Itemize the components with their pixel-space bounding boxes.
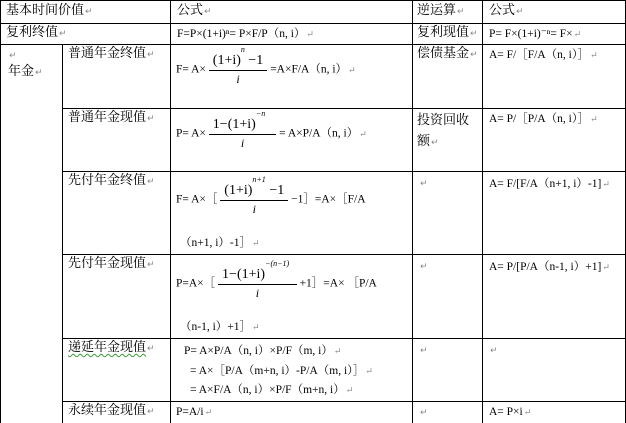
inverse-label-capital-recovery: 投资回收额↵ bbox=[417, 110, 479, 154]
paragraph-mark-icon: ↵ bbox=[205, 407, 213, 417]
fraction: (1+i)n −1 i bbox=[209, 54, 268, 86]
row-label-ordinary-pv: 普通年金现值↵ bbox=[68, 110, 155, 127]
formula-text: A= P×i bbox=[489, 406, 523, 418]
row-label-annuity-due-fv: 先付年金终值↵ bbox=[68, 173, 155, 190]
formula-ordinary-pv: P= A× 1−(1+i)−n i = A×P/A（n, i）↵ bbox=[176, 118, 367, 150]
formula-annuity-due-fv: F= A×［ (1+i)n+1 −1 i −1］=A×［F/A bbox=[176, 184, 366, 216]
formula-annuity-due-fv-line2: （n+1, i）-1］↵ bbox=[180, 236, 260, 250]
formula-text: P= A×P/A（n, i）×P/F（m, i） bbox=[184, 345, 333, 357]
formula-text: A= F/[F/A（n+1, i）-1] bbox=[489, 178, 601, 190]
denominator: i bbox=[220, 202, 288, 216]
header-basic-value: 基本时间价值↵ bbox=[6, 3, 93, 20]
grid-line bbox=[62, 401, 626, 402]
formula-text: = A×P/A（n, i） bbox=[279, 128, 358, 140]
paragraph-mark-icon: ↵ bbox=[524, 407, 532, 417]
compound-inverse-label: 复利现值↵ bbox=[417, 25, 478, 42]
inverse-label-empty: ↵ bbox=[419, 258, 428, 275]
paragraph-mark-icon: ↵ bbox=[420, 346, 428, 356]
formula-annuity-due-pv-line2: （n-1, i）+1］↵ bbox=[180, 320, 260, 334]
grid-line bbox=[0, 44, 626, 45]
paragraph-mark-icon: ↵ bbox=[602, 179, 610, 189]
paragraph-mark-icon: ↵ bbox=[590, 114, 598, 124]
grid-line bbox=[62, 44, 63, 423]
grid-line bbox=[62, 171, 626, 172]
paragraph-mark-icon: ↵ bbox=[9, 48, 43, 64]
grid-line bbox=[170, 0, 171, 423]
paragraph-mark-icon: ↵ bbox=[147, 50, 155, 60]
compound-label: 复利终值↵ bbox=[6, 25, 67, 42]
formula-text: P=A/i bbox=[176, 406, 204, 418]
formula-text: +1］=A× ［P/A bbox=[300, 278, 377, 290]
annuity-group-label: ↵ 年金↵ bbox=[8, 48, 43, 81]
formula-text: = A×F/A（n, i）×P/F（m+n, i） bbox=[190, 384, 345, 396]
cell-text: 先付年金终值 bbox=[68, 173, 146, 188]
header-inverse: 逆运算↵ bbox=[417, 3, 465, 20]
paragraph-mark-icon: ↵ bbox=[35, 68, 43, 78]
formula-text: −1］=A×［F/A bbox=[291, 194, 365, 206]
cell-text: 年金 bbox=[8, 64, 34, 79]
formula-text: A= P/［P/A（n, i）］ bbox=[489, 113, 589, 125]
paragraph-mark-icon: ↵ bbox=[59, 29, 67, 39]
formula-text: F= A× bbox=[176, 64, 206, 76]
paragraph-mark-icon: ↵ bbox=[602, 262, 610, 272]
compound-inverse-formula: P= F×(1+i)⁻ⁿ= F×↵ bbox=[489, 27, 581, 41]
numerator-tail: −1 bbox=[248, 53, 263, 68]
paragraph-mark-icon: ↵ bbox=[470, 50, 478, 60]
compound-formula: F=P×(1+i)ⁿ= P×F/P（n, i）↵ bbox=[177, 27, 314, 41]
cell-text: 偿债基金 bbox=[417, 46, 469, 61]
formula-text: （n-1, i）+1］ bbox=[180, 321, 251, 333]
formula-text: P=A×［ bbox=[176, 278, 215, 290]
cell-text: 复利现值 bbox=[417, 25, 469, 40]
cell-text: 先付年金现值 bbox=[68, 256, 146, 271]
formula-deferred-pv: P= A×P/A（n, i）×P/F（m, i）↵ = A×［P/A（m+n, … bbox=[184, 342, 373, 401]
paragraph-mark-icon: ↵ bbox=[490, 346, 498, 356]
denominator: i bbox=[209, 72, 268, 86]
exponent: −n bbox=[256, 109, 265, 118]
header-label: 公式 bbox=[489, 3, 515, 18]
paragraph-mark-icon: ↵ bbox=[348, 65, 356, 75]
exponent: n bbox=[241, 45, 245, 54]
cell-text: 永续年金现值 bbox=[68, 403, 146, 418]
formula-ordinary-fv: F= A× (1+i)n −1 i =A×F/A（n, i）↵ bbox=[176, 54, 356, 86]
formula-text: P= A× bbox=[176, 128, 206, 140]
row-label-perpetuity-pv: 永续年金现值↵ bbox=[68, 403, 155, 420]
cell-text: 复利终值 bbox=[6, 25, 58, 40]
formula-annuity-due-pv: P=A×［ 1−(1+i)−(n−1) i +1］=A× ［P/A bbox=[176, 268, 377, 300]
paragraph-mark-icon: ↵ bbox=[470, 29, 478, 39]
formula-text: F=P×(1+i)ⁿ= P×F/P（n, i） bbox=[177, 28, 305, 40]
paragraph-mark-icon: ↵ bbox=[147, 407, 155, 417]
inverse-label-empty: ↵ bbox=[419, 175, 428, 192]
formula-text: P= F×(1+i)⁻ⁿ= F× bbox=[489, 28, 573, 40]
paragraph-mark-icon: ↵ bbox=[365, 366, 373, 376]
numerator: (1+i) bbox=[224, 183, 252, 198]
grid-line bbox=[62, 254, 626, 255]
denominator: i bbox=[218, 286, 297, 300]
formula-text: =A×F/A（n, i） bbox=[270, 64, 347, 76]
inverse-label-empty: ↵ bbox=[419, 342, 428, 359]
formula-text: A= P/[P/A（n-1, i）+1] bbox=[489, 261, 601, 273]
inverse-label-empty: ↵ bbox=[419, 404, 428, 421]
exponent: −(n−1) bbox=[265, 259, 289, 268]
header-formula: 公式↵ bbox=[177, 3, 212, 20]
paragraph-mark-icon: ↵ bbox=[359, 129, 367, 139]
inverse-formula-sinking-fund: A= F/［F/A（n, i）］↵ bbox=[489, 48, 598, 62]
header-label: 公式 bbox=[177, 3, 203, 18]
inverse-formula-annuity-due-fv: A= F/[F/A（n+1, i）-1]↵ bbox=[489, 177, 610, 191]
numerator: 1−(1+i) bbox=[213, 117, 256, 132]
inverse-formula-annuity-due-pv: A= P/[P/A（n-1, i）+1]↵ bbox=[489, 260, 610, 274]
grid-line bbox=[412, 0, 413, 423]
paragraph-mark-icon: ↵ bbox=[147, 344, 155, 354]
inverse-formula-capital-recovery: A= P/［P/A（n, i）］↵ bbox=[489, 112, 598, 126]
paragraph-mark-icon: ↵ bbox=[516, 7, 524, 17]
cell-text: 普通年金终值 bbox=[68, 46, 146, 61]
cell-text: 递延年金现值 bbox=[68, 340, 146, 355]
paragraph-mark-icon: ↵ bbox=[147, 177, 155, 187]
row-label-ordinary-fv: 普通年金终值↵ bbox=[68, 46, 155, 63]
paragraph-mark-icon: ↵ bbox=[252, 322, 260, 332]
cell-text: 普通年金现值 bbox=[68, 110, 146, 125]
grid-line bbox=[482, 0, 483, 423]
row-label-deferred-pv: 递延年金现值↵ bbox=[68, 340, 155, 357]
cell-text: 投资回收额 bbox=[417, 113, 469, 149]
paragraph-mark-icon: ↵ bbox=[431, 138, 439, 148]
inverse-formula-perpetuity: A= P×i↵ bbox=[489, 405, 531, 419]
inverse-formula-empty: ↵ bbox=[489, 342, 498, 359]
grid-line bbox=[62, 108, 626, 109]
numerator-tail: −1 bbox=[269, 183, 284, 198]
header-label: 逆运算 bbox=[417, 3, 456, 18]
header-label: 基本时间价值 bbox=[6, 3, 84, 18]
formula-text: A= F/［F/A（n, i）］ bbox=[489, 49, 589, 61]
paragraph-mark-icon: ↵ bbox=[306, 29, 314, 39]
formula-text: = A×［P/A（m+n, i）-P/A（m, i）］ bbox=[190, 365, 364, 377]
paragraph-mark-icon: ↵ bbox=[574, 29, 582, 39]
header-inverse-formula: 公式↵ bbox=[489, 3, 524, 20]
paragraph-mark-icon: ↵ bbox=[85, 7, 93, 17]
row-label-annuity-due-pv: 先付年金现值↵ bbox=[68, 256, 155, 273]
fraction: 1−(1+i)−n i bbox=[209, 118, 276, 150]
formula-text: （n+1, i）-1］ bbox=[180, 237, 251, 249]
grid-line bbox=[0, 0, 1, 423]
paragraph-mark-icon: ↵ bbox=[204, 7, 212, 17]
paragraph-mark-icon: ↵ bbox=[590, 50, 598, 60]
formula-text: F= A×［ bbox=[176, 194, 217, 206]
paragraph-mark-icon: ↵ bbox=[252, 238, 260, 248]
exponent: n+1 bbox=[252, 175, 265, 184]
fraction: (1+i)n+1 −1 i bbox=[220, 184, 288, 216]
numerator: 1−(1+i) bbox=[222, 267, 265, 282]
grid-line bbox=[0, 0, 626, 1]
paragraph-mark-icon: ↵ bbox=[147, 260, 155, 270]
paragraph-mark-icon: ↵ bbox=[334, 346, 342, 356]
grid-line bbox=[0, 23, 626, 24]
paragraph-mark-icon: ↵ bbox=[420, 179, 428, 189]
paragraph-mark-icon: ↵ bbox=[457, 7, 465, 17]
inverse-label-sinking-fund: 偿债基金↵ bbox=[417, 46, 478, 63]
grid-line bbox=[62, 338, 626, 339]
paragraph-mark-icon: ↵ bbox=[420, 408, 428, 418]
paragraph-mark-icon: ↵ bbox=[147, 114, 155, 124]
denominator: i bbox=[209, 136, 276, 150]
paragraph-mark-icon: ↵ bbox=[420, 262, 428, 272]
fraction: 1−(1+i)−(n−1) i bbox=[218, 268, 297, 300]
formula-perpetuity-pv: P=A/i↵ bbox=[176, 405, 212, 419]
paragraph-mark-icon: ↵ bbox=[346, 385, 354, 395]
numerator: (1+i) bbox=[213, 53, 241, 68]
